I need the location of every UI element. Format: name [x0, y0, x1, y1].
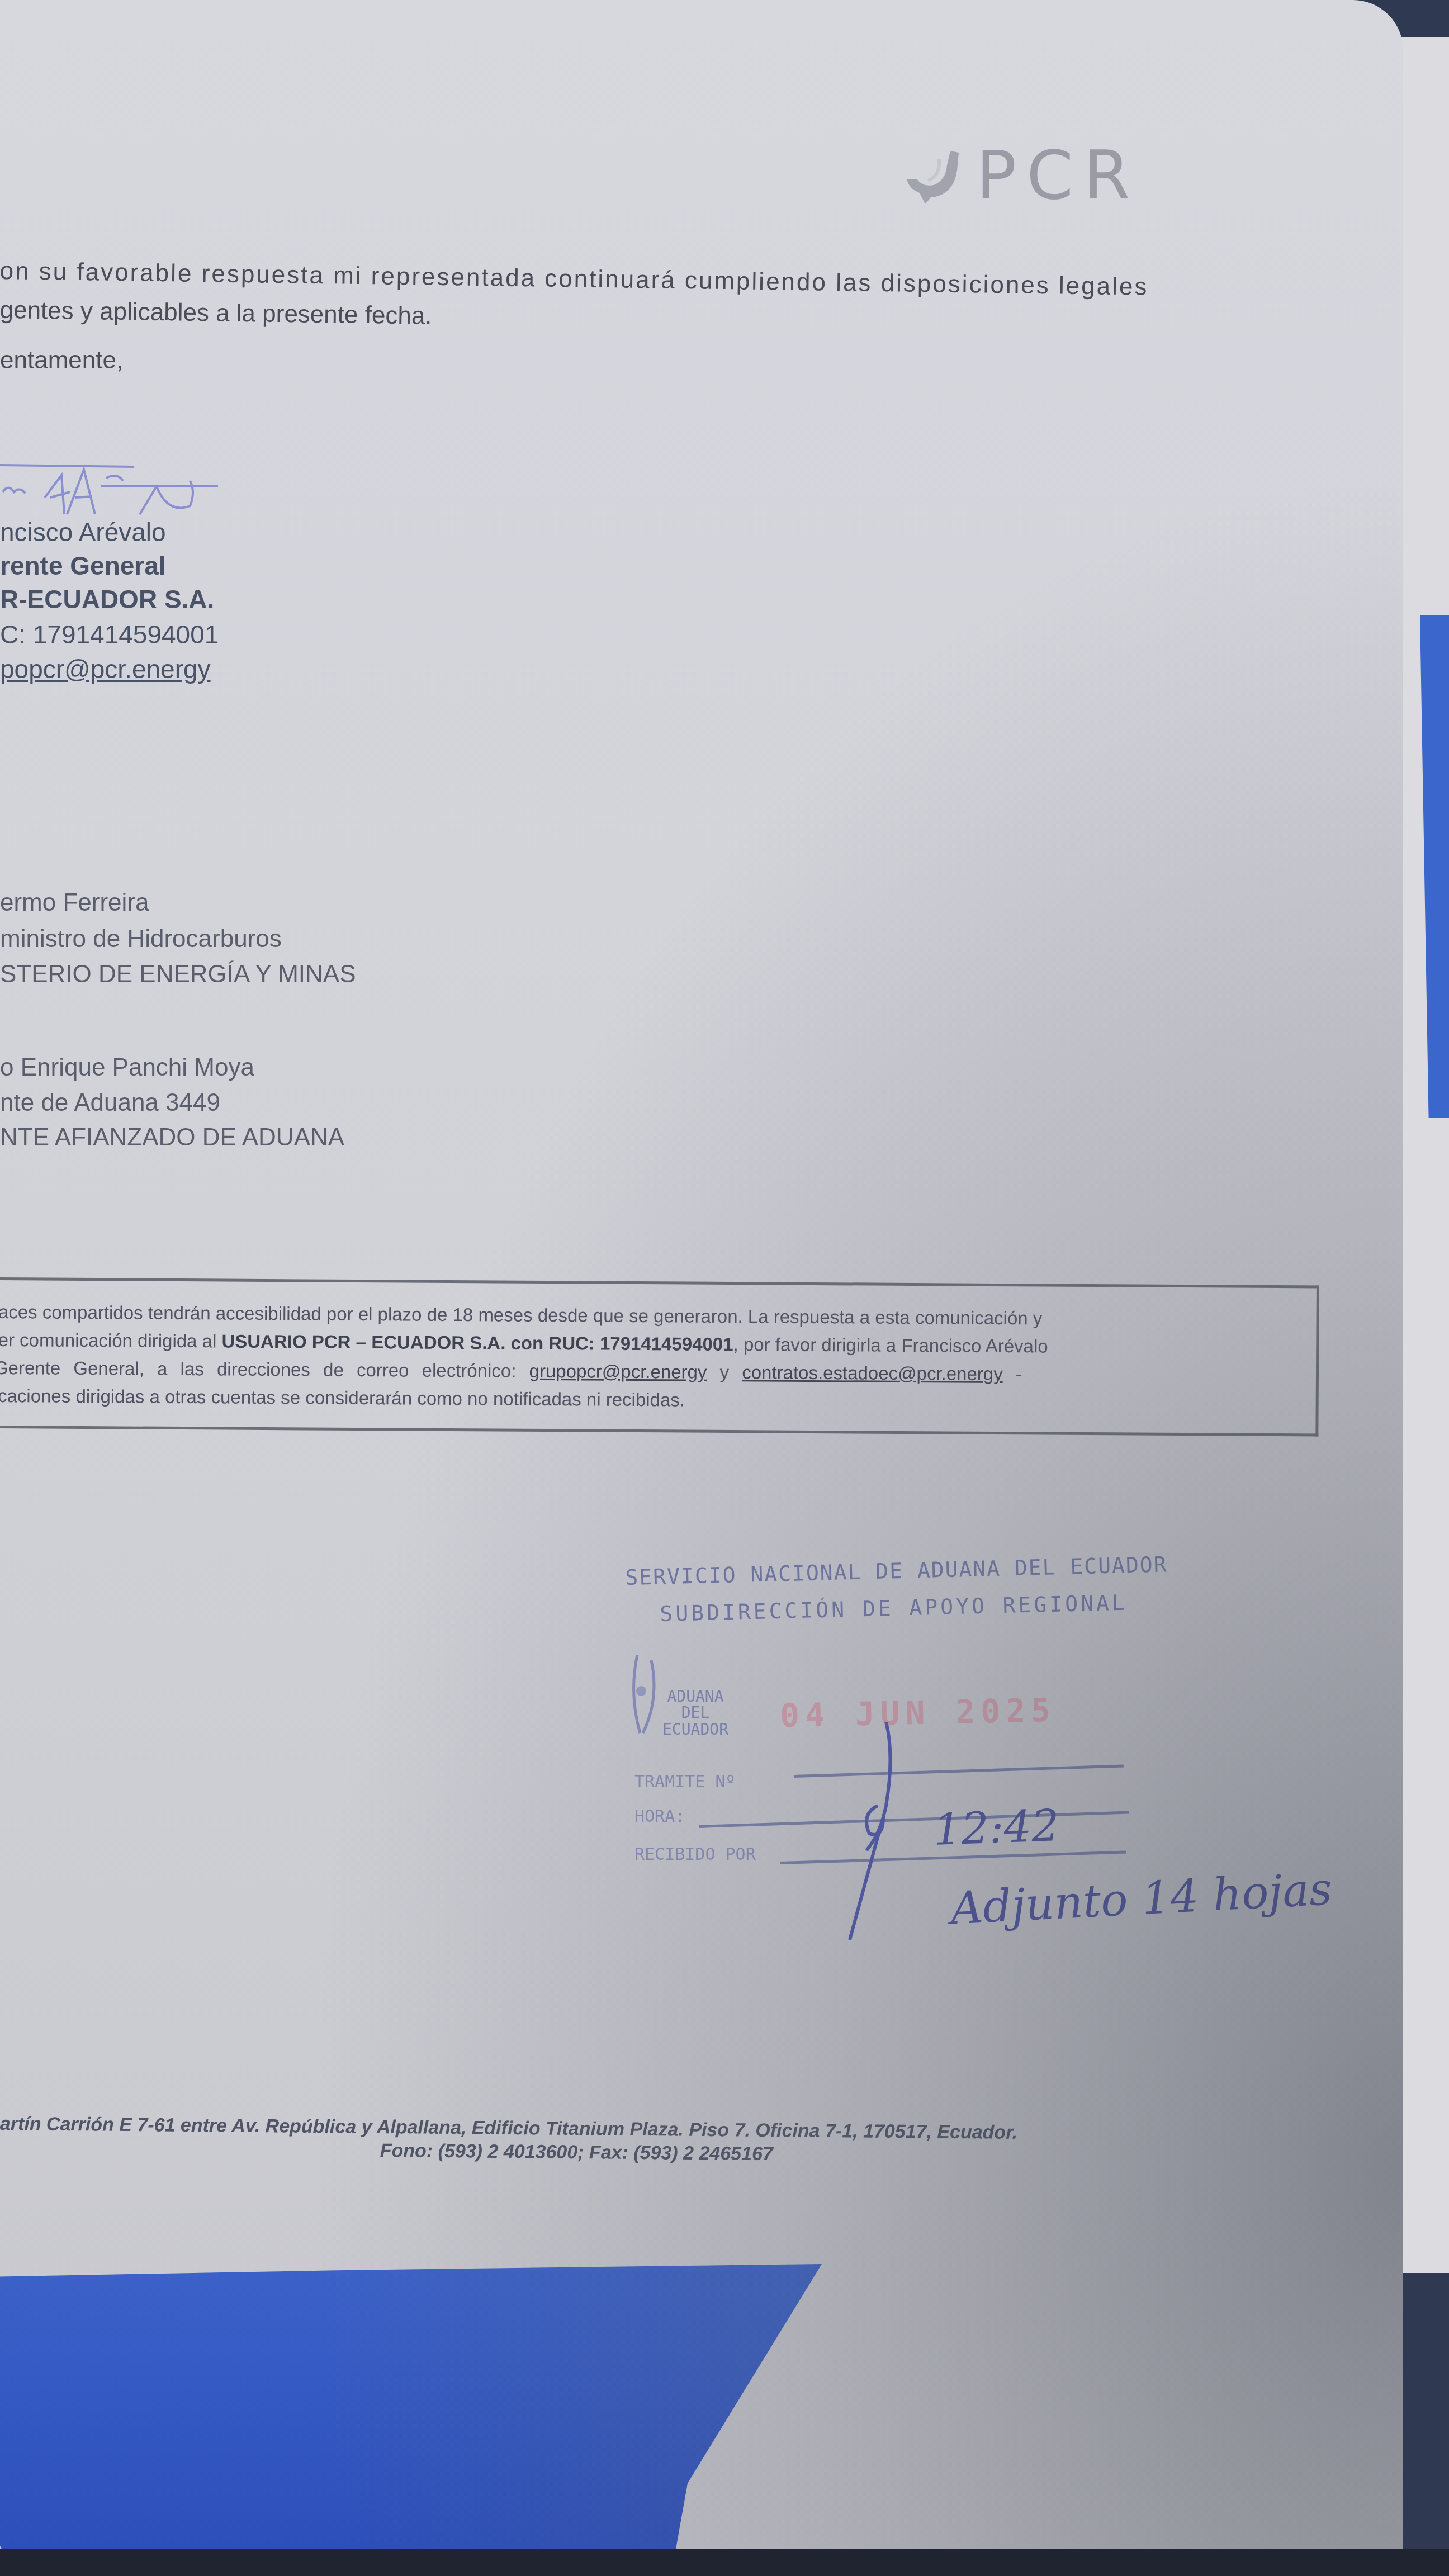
aduana-logo-icon	[629, 1655, 662, 1739]
body-line-2: gentes y aplicables a la presente fecha.	[0, 296, 432, 330]
signer-name: ncisco Arévalo	[0, 517, 166, 547]
handwritten-initial-stroke-icon	[833, 1722, 911, 1945]
body-line-1: on su favorable respuesta mi representad…	[0, 257, 1149, 301]
aduana-logo-line-3: ECUADOR	[662, 1721, 728, 1737]
signer-title: rente General	[0, 551, 166, 581]
cc-2-role: nte de Aduana 3449	[0, 1089, 220, 1117]
notice-box: laces compartidos tendrán accesibilidad …	[0, 1277, 1319, 1436]
photo-shadow	[0, 0, 1403, 2554]
notice-line-4: icaciones dirigidas a otras cuentas se c…	[0, 1385, 685, 1411]
aduana-logo-line-2: DEL	[662, 1704, 728, 1721]
signer-ruc: C: 1791414594001	[0, 619, 219, 650]
handwritten-signature-icon	[0, 453, 235, 525]
stamp-title-2: SUBDIRECCIÓN DE APOYO REGIONAL	[660, 1590, 1128, 1626]
logo-text: PCR	[976, 143, 1140, 210]
handwritten-adjunto-note: Adjunto 14 hojas	[949, 1863, 1333, 1935]
notice-email-grupopcr-link[interactable]: grupopcr@pcr.energy	[529, 1361, 707, 1382]
notice-line-3-post: -	[1003, 1363, 1022, 1384]
notice-line-3: Gerente General, a las direcciones de co…	[0, 1357, 1022, 1385]
signer-company: R-ECUADOR S.A.	[0, 584, 214, 614]
footer-address: artín Carrión E 7-61 entre Av. República…	[0, 2113, 1017, 2144]
notice-line-1: laces compartidos tendrán accesibilidad …	[0, 1301, 1042, 1329]
notice-line-3-mid: y	[707, 1362, 742, 1382]
recibido-label: RECIBIDO POR	[634, 1845, 756, 1864]
tramite-label: TRAMITE Nº	[634, 1772, 736, 1792]
closing: entamente,	[0, 347, 123, 375]
cc-2-org: NTE AFIANZADO DE ADUANA	[0, 1124, 344, 1152]
pcr-logo: PCR	[906, 143, 1140, 210]
hora-label: HORA:	[634, 1807, 685, 1826]
notice-line-3-pre: Gerente General, a las direcciones de co…	[0, 1357, 529, 1381]
aduana-logo-line-1: ADUANA	[662, 1688, 728, 1704]
cc-2-name: o Enrique Panchi Moya	[0, 1054, 254, 1082]
footer-phones: Fono: (593) 2 4013600; Fax: (593) 2 2465…	[380, 2140, 773, 2165]
hora-line	[699, 1811, 1129, 1828]
document-page: PCR on su favorable respuesta mi represe…	[0, 0, 1403, 2554]
brand-blue-shape	[0, 2264, 839, 2554]
stamp-title-1: SERVICIO NACIONAL DE ADUANA DEL ECUADOR	[625, 1552, 1168, 1590]
table-surface	[0, 2549, 1449, 2576]
notice-email-contratos-link[interactable]: contratos.estadoec@pcr.energy	[742, 1362, 1003, 1384]
cc-1-role: ministro de Hidrocarburos	[0, 925, 282, 953]
cc-1-org: STERIO DE ENERGÍA Y MINAS	[0, 960, 356, 988]
pcr-gear-logo-icon	[906, 148, 967, 204]
handwritten-hora: 12:42	[932, 1801, 1060, 1855]
notice-line-2-post: , por favor dirigirla a Francisco Aréval…	[733, 1334, 1048, 1356]
notice-line-2-pre: ier comunicación dirigida al	[0, 1329, 222, 1351]
stamp-date: 04 JUN 2025	[779, 1691, 1056, 1735]
notice-line-2: ier comunicación dirigida al USUARIO PCR…	[0, 1329, 1048, 1357]
cc-1-name: ermo Ferreira	[0, 889, 149, 917]
aduana-logo-text: ADUANA DEL ECUADOR	[662, 1688, 728, 1737]
signer-email-link[interactable]: popcr@pcr.energy	[0, 654, 211, 684]
notice-usuario-bold: USUARIO PCR – ECUADOR S.A. con RUC: 1791…	[221, 1330, 733, 1355]
